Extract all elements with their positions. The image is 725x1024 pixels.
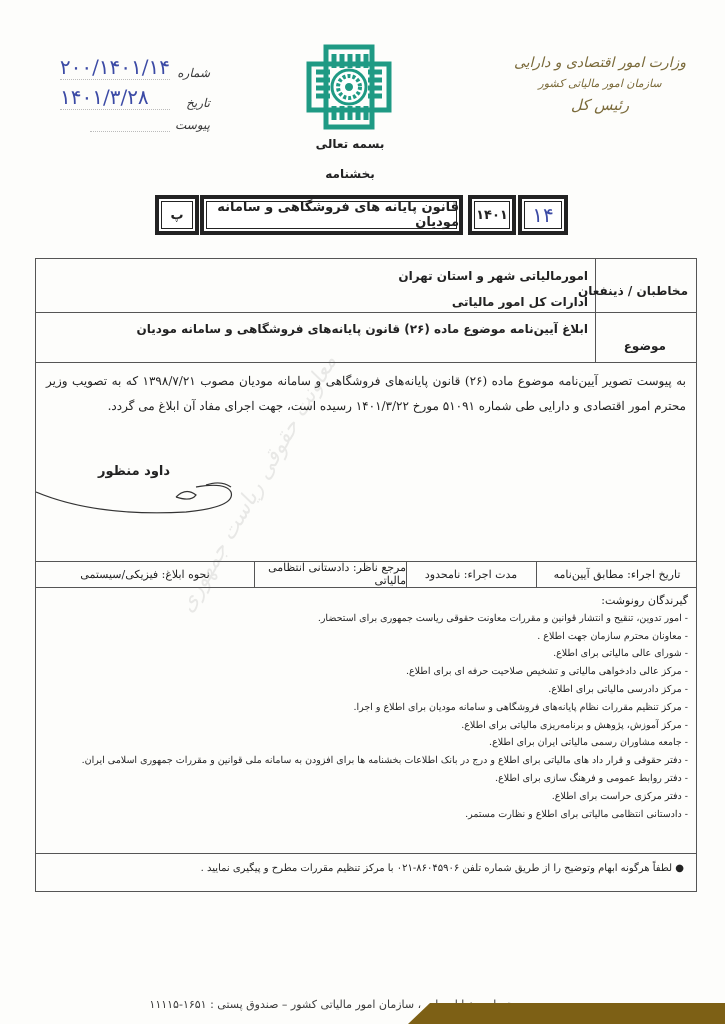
letter-date-label: تاریخ [178,96,210,110]
letter-number-label: شماره [178,66,210,80]
cc-item: - دفتر روابط عمومی و فرهنگ سازی برای اطل… [82,770,688,788]
circular-details-table: مخاطبان / ذینفعان امورمالیاتی شهر و استا… [35,258,697,892]
signature-icon [36,477,256,537]
cc-item: - شورای عالی مالیاتی برای اطلاع. [82,645,688,663]
cc-item: - دفتر حقوقی و قرار داد های مالیاتی برای… [82,752,688,770]
row-divider [36,312,696,313]
tax-organization-emblem-icon [306,44,392,130]
circular-title-box: قانون پایانه های فروشگاهی و سامانه مودیا… [200,195,463,235]
cc-item: - معاونان محترم سازمان جهت اطلاع . [82,628,688,646]
recipient-item: ادارات کل امور مالیاتی [452,295,588,309]
contact-note: ● لطفاً هرگونه ابهام وتوضیح را از طریق ش… [201,863,684,874]
recipients-label: مخاطبان / ذینفعان [578,284,688,298]
attachment-value [90,131,170,132]
subject-text: ابلاغ آیین‌نامه موضوع ماده (۲۶) قانون پا… [137,322,588,336]
execution-duration: مدت اجراء: نامحدود [406,563,536,585]
cc-heading: گیرندگان رونوشت: [82,592,688,610]
cc-item: - مرکز دادرسی مالیاتی برای اطلاع. [82,681,688,699]
execution-date: تاریخ اجراء: مطابق آیین‌نامه [536,563,698,585]
letter-date-value: ۱۴۰۱/۳/۲۸ [60,85,170,110]
issuer-block: وزارت امور اقتصادی و دارایی سازمان امور … [505,55,695,114]
issuer-title: رئیس کل [505,96,695,114]
cc-recipients-list: گیرندگان رونوشت: - امور تدوین، تنقیح و ا… [82,592,688,823]
label-column-divider [595,259,596,362]
footer-decorative-bar [408,1003,725,1024]
organization-name: سازمان امور مالیاتی کشور [505,77,695,90]
attachment-label: پیوست [178,118,210,132]
recipient-item: امورمالیاتی شهر و استان تهران [398,269,588,283]
attachment-row: پیوست [40,110,210,132]
ministry-name: وزارت امور اقتصادی و دارایی [505,55,695,71]
cc-item: - جامعه مشاوران رسمی مالیاتی ایران برای … [82,734,688,752]
bismillah-heading: بسمه تعالی [300,137,400,151]
subject-label: موضوع [624,339,666,353]
circular-number-box: ۱۴ [518,195,568,235]
letter-number-row: شماره ۲۰۰/۱۴۰۱/۱۴ [40,50,210,80]
cc-item: - مرکز آموزش، پژوهش و برنامه‌ریزی مالیات… [82,717,688,735]
letter-date-row: تاریخ ۱۴۰۱/۳/۲۸ [40,80,210,110]
cc-item: - دفتر مرکزی حراست برای اطلاع. [82,788,688,806]
circular-year-box: ۱۴۰۱ [468,195,516,235]
row-divider [36,362,696,363]
letter-number-value: ۲۰۰/۱۴۰۱/۱۴ [60,55,170,80]
letter-reference-block: شماره ۲۰۰/۱۴۰۱/۱۴ تاریخ ۱۴۰۱/۳/۲۸ پیوست [40,50,210,132]
supervising-authority: مرجع ناظر: دادستانی انتظامی مالیاتی [254,563,406,585]
circular-body-text: به پیوست تصویر آیین‌نامه موضوع ماده (۲۶)… [46,369,686,419]
cc-item: - مرکز عالی دادخواهی مالیاتی و تشخیص صلا… [82,663,688,681]
notification-method: نحوه ابلاغ: فیزیکی/سیستمی [36,563,254,585]
cc-item: - مرکز تنظیم مقررات نظام پایانه‌های فروش… [82,699,688,717]
cc-item: - امور تدوین، تنقیح و انتشار قوانین و مق… [82,610,688,628]
classification-box: پ [155,195,199,235]
cc-item: - دادستانی انتظامی مالیاتی برای اطلاع و … [82,806,688,824]
row-divider [36,587,696,588]
row-divider [36,853,696,854]
document-type-heading: بخشنامه [300,167,400,181]
